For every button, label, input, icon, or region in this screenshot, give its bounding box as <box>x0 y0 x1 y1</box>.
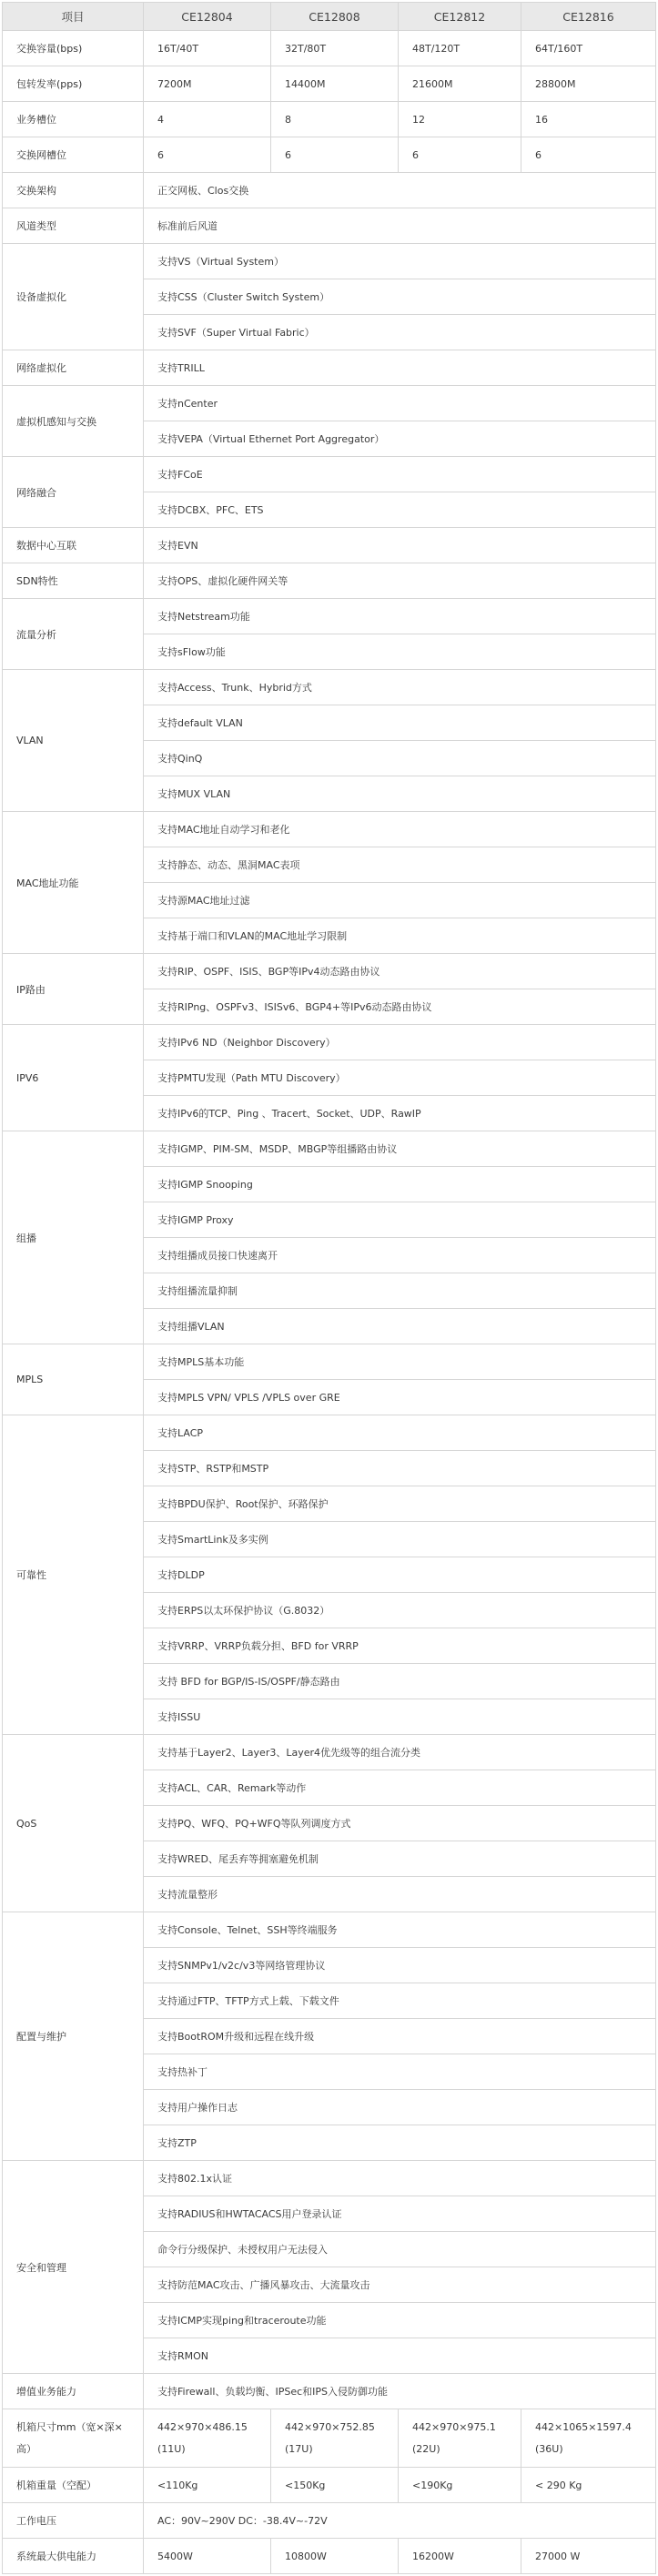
feature-item: 支持用户操作日志 <box>144 2090 656 2125</box>
cell-value: <190Kg <box>399 2468 521 2503</box>
feature-item: 支持基于Layer2、Layer3、Layer4优先级等的组合流分类 <box>144 1735 656 1770</box>
feature-item: 支持TRILL <box>144 350 656 386</box>
feature-row: 网络融合支持FCoE <box>3 457 656 492</box>
feature-item: 支持LACP <box>144 1415 656 1451</box>
cell-value: 442×970×752.85 (17U) <box>271 2409 399 2468</box>
feature-item: 支持MAC地址自动学习和老化 <box>144 812 656 847</box>
row-chassis-weight: 机箱重量（空配） <110Kg <150Kg <190Kg < 290 Kg <box>3 2468 656 2503</box>
feature-row: SDN特性支持OPS、虚拟化硬件网关等 <box>3 563 656 599</box>
feature-row: 安全和管理支持802.1x认证 <box>3 2161 656 2196</box>
cell-value: 6 <box>271 137 399 173</box>
feature-item: 支持RADIUS和HWTACACS用户登录认证 <box>144 2196 656 2232</box>
header-model-ce12812: CE12812 <box>399 3 521 31</box>
feature-item: 支持ISSU <box>144 1699 656 1735</box>
cell-value: 8 <box>271 102 399 137</box>
feature-row: 设备虚拟化支持VS（Virtual System） <box>3 244 656 279</box>
row-service-slots: 业务槽位 4 8 12 16 <box>3 102 656 137</box>
feature-item: 支持RMON <box>144 2338 656 2374</box>
feature-item: 支持IGMP Snooping <box>144 1167 656 1202</box>
feature-item: 支持SNMPv1/v2c/v3等网络管理协议 <box>144 1948 656 1983</box>
table-header: 项目 CE12804 CE12808 CE12812 CE12816 <box>3 3 656 31</box>
feature-item: 支持EVN <box>144 528 656 563</box>
cell-value: 442×970×975.1 (22U) <box>399 2409 521 2468</box>
category-label: 配置与维护 <box>3 1912 144 2161</box>
row-fabric-slots: 交换网槽位 6 6 6 6 <box>3 137 656 173</box>
feature-item: 支持RIPng、OSPFv3、ISISv6、BGP4+等IPv6动态路由协议 <box>144 989 656 1025</box>
feature-row: IPV6支持IPv6 ND（Neighbor Discovery） <box>3 1025 656 1060</box>
feature-item: 支持IPv6 ND（Neighbor Discovery） <box>144 1025 656 1060</box>
feature-item: 支持WRED、尾丢弃等拥塞避免机制 <box>144 1841 656 1877</box>
cell-value: 16200W <box>399 2539 521 2574</box>
feature-item: 支持IGMP、PIM-SM、MSDP、MBGP等组播路由协议 <box>144 1131 656 1167</box>
feature-row: 流量分析支持Netstream功能 <box>3 599 656 634</box>
feature-item: 支持802.1x认证 <box>144 2161 656 2196</box>
feature-item: 支持DLDP <box>144 1557 656 1593</box>
feature-item: 支持MPLS基本功能 <box>144 1344 656 1380</box>
category-label: 虚拟机感知与交换 <box>3 386 144 457</box>
feature-row: 增值业务能力支持Firewall、负载均衡、IPSec和IPS入侵防御功能 <box>3 2374 656 2409</box>
table-body-physical: 机箱尺寸mm（宽×深×高） 442×970×486.15 (11U) 442×9… <box>3 2409 656 2574</box>
feature-item: 支持OPS、虚拟化硬件网关等 <box>144 563 656 599</box>
feature-item: 支持RIP、OSPF、ISIS、BGP等IPv4动态路由协议 <box>144 954 656 989</box>
row-label: 机箱尺寸mm（宽×深×高） <box>3 2409 144 2468</box>
feature-item: 支持Access、Trunk、Hybrid方式 <box>144 670 656 705</box>
cell-value: 6 <box>521 137 656 173</box>
feature-item: 支持Firewall、负载均衡、IPSec和IPS入侵防御功能 <box>144 2374 656 2409</box>
cell-value: AC：90V~290V DC：-38.4V~-72V <box>144 2503 656 2539</box>
category-label: 数据中心互联 <box>3 528 144 563</box>
header-model-ce12816: CE12816 <box>521 3 656 31</box>
row-switching-capacity: 交换容量(bps) 16T/40T 32T/80T 48T/120T 64T/1… <box>3 31 656 66</box>
category-label: 交换架构 <box>3 173 144 208</box>
table-body-per-model: 交换容量(bps) 16T/40T 32T/80T 48T/120T 64T/1… <box>3 31 656 173</box>
feature-item: 标准前后风道 <box>144 208 656 244</box>
row-chassis-dimensions: 机箱尺寸mm（宽×深×高） 442×970×486.15 (11U) 442×9… <box>3 2409 656 2468</box>
cell-value: <150Kg <box>271 2468 399 2503</box>
feature-item: 支持防范MAC攻击、广播风暴攻击、大流量攻击 <box>144 2267 656 2303</box>
feature-item: 支持PQ、WFQ、PQ+WFQ等队列调度方式 <box>144 1806 656 1841</box>
cell-value: 32T/80T <box>271 31 399 66</box>
category-label: MAC地址功能 <box>3 812 144 954</box>
feature-item: 支持通过FTP、TFTP方式上载、下载文件 <box>144 1983 656 2019</box>
feature-item: 命令行分级保护、未授权用户无法侵入 <box>144 2232 656 2267</box>
feature-row: QoS支持基于Layer2、Layer3、Layer4优先级等的组合流分类 <box>3 1735 656 1770</box>
row-max-power: 系统最大供电能力 5400W 10800W 16200W 27000 W <box>3 2539 656 2574</box>
row-label: 交换容量(bps) <box>3 31 144 66</box>
category-label: 增值业务能力 <box>3 2374 144 2409</box>
feature-row: 可靠性支持LACP <box>3 1415 656 1451</box>
feature-item: 支持IPv6的TCP、Ping 、Tracert、Socket、UDP、RawI… <box>144 1096 656 1131</box>
feature-item: 支持FCoE <box>144 457 656 492</box>
feature-row: MAC地址功能支持MAC地址自动学习和老化 <box>3 812 656 847</box>
feature-item: 支持组播成员接口快速离开 <box>144 1238 656 1273</box>
feature-item: 正交网板、Clos交换 <box>144 173 656 208</box>
feature-item: 支持流量整形 <box>144 1877 656 1912</box>
cell-value: 16T/40T <box>144 31 271 66</box>
category-label: 风道类型 <box>3 208 144 244</box>
feature-item: 支持热补丁 <box>144 2054 656 2090</box>
category-label: 可靠性 <box>3 1415 144 1735</box>
category-label: QoS <box>3 1735 144 1912</box>
category-label: 流量分析 <box>3 599 144 670</box>
feature-item: 支持MUX VLAN <box>144 776 656 812</box>
cell-value: 16 <box>521 102 656 137</box>
feature-item: 支持ZTP <box>144 2125 656 2161</box>
feature-row: 组播支持IGMP、PIM-SM、MSDP、MBGP等组播路由协议 <box>3 1131 656 1167</box>
feature-item: 支持CSS（Cluster Switch System） <box>144 279 656 315</box>
feature-item: 支持SmartLink及多实例 <box>144 1522 656 1557</box>
category-label: 网络虚拟化 <box>3 350 144 386</box>
feature-item: 支持ACL、CAR、Remark等动作 <box>144 1770 656 1806</box>
feature-item: 支持Netstream功能 <box>144 599 656 634</box>
feature-row: 交换架构正交网板、Clos交换 <box>3 173 656 208</box>
table-body-feature-groups: 交换架构正交网板、Clos交换风道类型标准前后风道设备虚拟化支持VS（Virtu… <box>3 173 656 2409</box>
cell-value: 6 <box>144 137 271 173</box>
row-label: 机箱重量（空配） <box>3 2468 144 2503</box>
category-label: IP路由 <box>3 954 144 1025</box>
feature-row: 网络虚拟化支持TRILL <box>3 350 656 386</box>
cell-value: 28800M <box>521 66 656 102</box>
feature-row: 数据中心互联支持EVN <box>3 528 656 563</box>
feature-item: 支持ERPS以太环保护协议（G.8032） <box>144 1593 656 1628</box>
feature-row: 配置与维护支持Console、Telnet、SSH等终端服务 <box>3 1912 656 1948</box>
cell-value: 12 <box>399 102 521 137</box>
feature-item: 支持PMTU发现（Path MTU Discovery） <box>144 1060 656 1096</box>
feature-item: 支持sFlow功能 <box>144 634 656 670</box>
feature-row: IP路由支持RIP、OSPF、ISIS、BGP等IPv4动态路由协议 <box>3 954 656 989</box>
feature-item: 支持BootROM升级和远程在线升级 <box>144 2019 656 2054</box>
feature-item: 支持nCenter <box>144 386 656 421</box>
cell-value: 48T/120T <box>399 31 521 66</box>
feature-item: 支持VS（Virtual System） <box>144 244 656 279</box>
spec-table: 项目 CE12804 CE12808 CE12812 CE12816 交换容量(… <box>2 2 656 2574</box>
row-operating-voltage: 工作电压 AC：90V~290V DC：-38.4V~-72V <box>3 2503 656 2539</box>
feature-item: 支持default VLAN <box>144 705 656 741</box>
feature-item: 支持ICMP实现ping和traceroute功能 <box>144 2303 656 2338</box>
row-forwarding-rate: 包转发率(pps) 7200M 14400M 21600M 28800M <box>3 66 656 102</box>
cell-value: 442×970×486.15 (11U) <box>144 2409 271 2468</box>
row-label: 业务槽位 <box>3 102 144 137</box>
feature-item: 支持Console、Telnet、SSH等终端服务 <box>144 1912 656 1948</box>
category-label: 组播 <box>3 1131 144 1344</box>
feature-row: MPLS支持MPLS基本功能 <box>3 1344 656 1380</box>
cell-value: 5400W <box>144 2539 271 2574</box>
category-label: 网络融合 <box>3 457 144 528</box>
feature-row: 虚拟机感知与交换支持nCenter <box>3 386 656 421</box>
cell-value: < 290 Kg <box>521 2468 656 2503</box>
feature-item: 支持 BFD for BGP/IS-IS/OSPF/静态路由 <box>144 1664 656 1699</box>
category-label: SDN特性 <box>3 563 144 599</box>
feature-item: 支持VEPA（Virtual Ethernet Port Aggregator） <box>144 421 656 457</box>
feature-row: 风道类型标准前后风道 <box>3 208 656 244</box>
header-row: 项目 CE12804 CE12808 CE12812 CE12816 <box>3 3 656 31</box>
cell-value: 14400M <box>271 66 399 102</box>
cell-value: 64T/160T <box>521 31 656 66</box>
row-label: 包转发率(pps) <box>3 66 144 102</box>
feature-item: 支持STP、RSTP和MSTP <box>144 1451 656 1486</box>
feature-item: 支持SVF（Super Virtual Fabric） <box>144 315 656 350</box>
feature-item: 支持BPDU保护、Root保护、环路保护 <box>144 1486 656 1522</box>
cell-value: 6 <box>399 137 521 173</box>
cell-value: <110Kg <box>144 2468 271 2503</box>
category-label: IPV6 <box>3 1025 144 1131</box>
feature-item: 支持MPLS VPN/ VPLS /VPLS over GRE <box>144 1380 656 1415</box>
cell-value: 21600M <box>399 66 521 102</box>
category-label: 设备虚拟化 <box>3 244 144 350</box>
feature-item: 支持组播流量抑制 <box>144 1273 656 1309</box>
cell-value: 27000 W <box>521 2539 656 2574</box>
feature-item: 支持IGMP Proxy <box>144 1202 656 1238</box>
header-model-ce12808: CE12808 <box>271 3 399 31</box>
row-label: 交换网槽位 <box>3 137 144 173</box>
feature-item: 支持DCBX、PFC、ETS <box>144 492 656 528</box>
cell-value: 4 <box>144 102 271 137</box>
cell-value: 10800W <box>271 2539 399 2574</box>
feature-item: 支持基于端口和VLAN的MAC地址学习限制 <box>144 918 656 954</box>
feature-item: 支持组播VLAN <box>144 1309 656 1344</box>
feature-item: 支持静态、动态、黑洞MAC表项 <box>144 847 656 883</box>
cell-value: 442×1065×1597.4 (36U) <box>521 2409 656 2468</box>
category-label: 安全和管理 <box>3 2161 144 2374</box>
header-model-ce12804: CE12804 <box>144 3 271 31</box>
feature-item: 支持QinQ <box>144 741 656 776</box>
cell-value: 7200M <box>144 66 271 102</box>
feature-item: 支持VRRP、VRRP负载分担、BFD for VRRP <box>144 1628 656 1664</box>
row-label: 系统最大供电能力 <box>3 2539 144 2574</box>
feature-row: VLAN支持Access、Trunk、Hybrid方式 <box>3 670 656 705</box>
feature-item: 支持源MAC地址过滤 <box>144 883 656 918</box>
category-label: VLAN <box>3 670 144 812</box>
row-label: 工作电压 <box>3 2503 144 2539</box>
category-label: MPLS <box>3 1344 144 1415</box>
header-item: 项目 <box>3 3 144 31</box>
